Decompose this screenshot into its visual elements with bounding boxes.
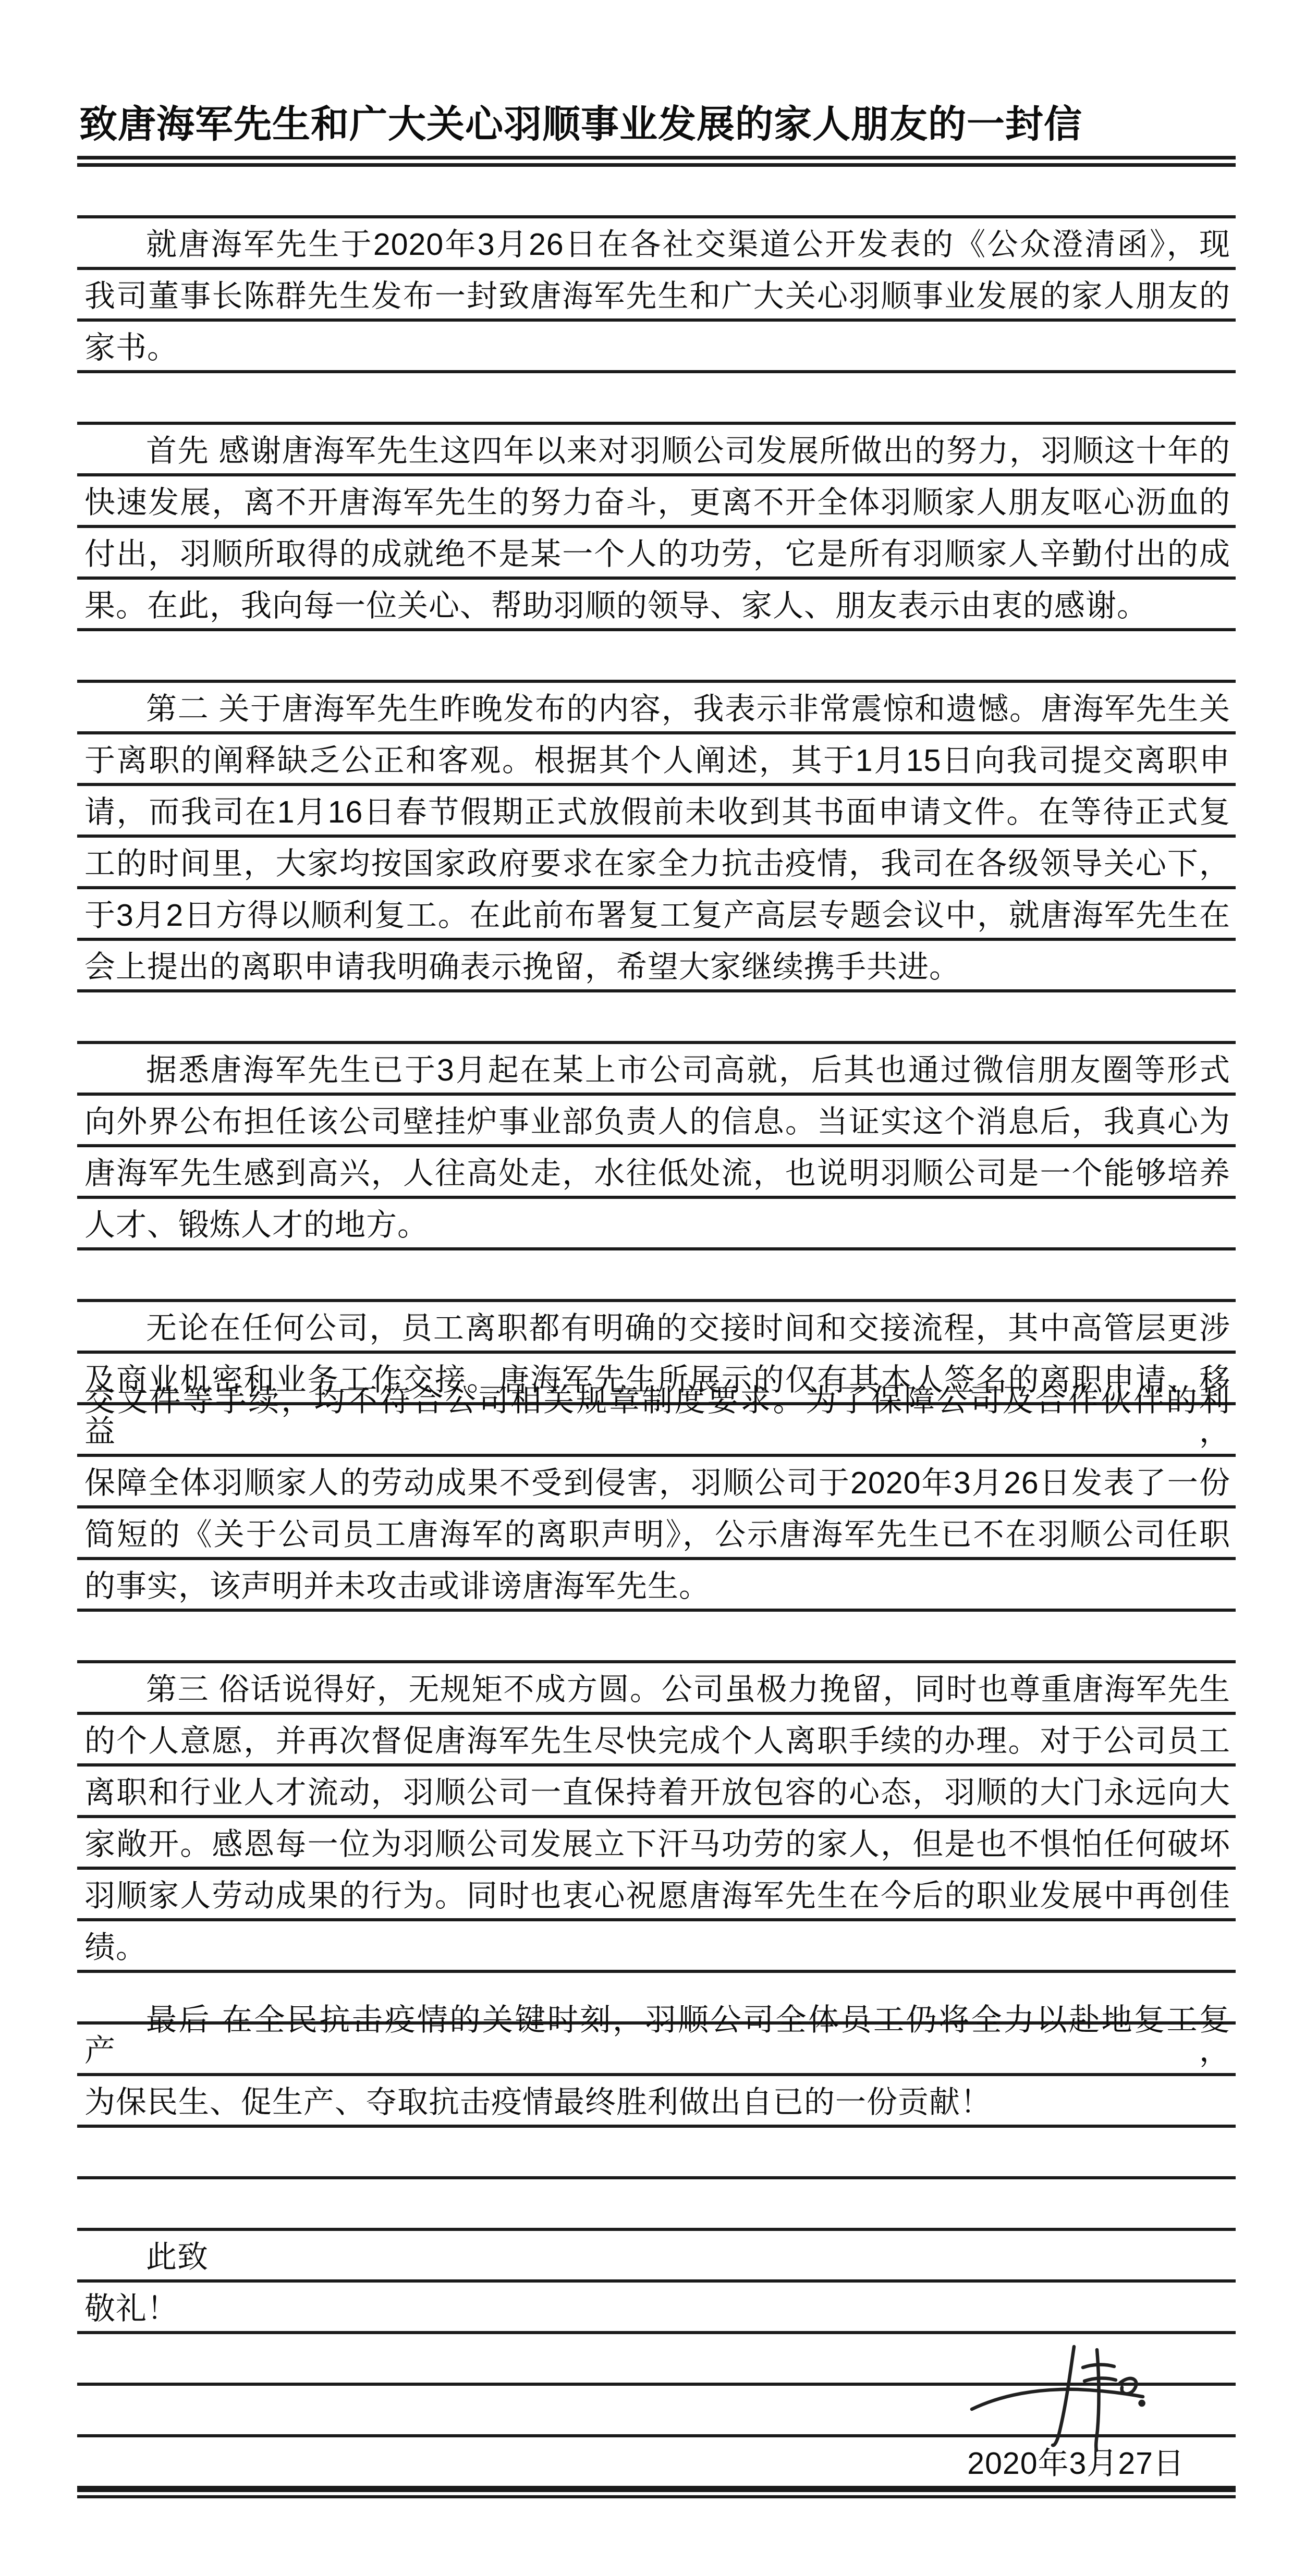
letter-line-text <box>77 2376 1236 2383</box>
letter-line: 首先 感谢唐海军先生这四年以来对羽顺公司发展所做出的努力，羽顺这十年的 <box>77 425 1236 476</box>
letter-line-text: 快速发展，离不开唐海军先生的努力奋斗，更离不开全体羽顺家人朋友呕心沥血的 <box>77 487 1236 525</box>
letter-line: 为保民生、促生产、夺取抗击疫情最终胜利做出自已的一份贡献！ <box>77 2076 1236 2128</box>
letter-line: 羽顺家人劳动成果的行为。同时也衷心祝愿唐海军先生在今后的职业发展中再创佳 <box>77 1870 1236 1921</box>
letter-line: 交文件等手续，均不符合公司相关规章制度要求。为了保障公司及合作伙伴的利益， <box>77 1405 1236 1457</box>
letter-line: 人才、锻炼人才的地方。 <box>77 1199 1236 1250</box>
letter-line: 第三 俗话说得好，无规矩不成方圆。公司虽极力挽留，同时也尊重唐海军先生 <box>77 1663 1236 1715</box>
letter-line: 果。在此，我向每一位关心、帮助羽顺的领导、家人、朋友表示由衷的感谢。 <box>77 580 1236 631</box>
letter-line: 于离职的阐释缺乏公正和客观。根据其个人阐述，其于1月15日向我司提交离职申 <box>77 734 1236 786</box>
letter-line-text <box>77 1653 1236 1660</box>
letter-line: 最后 在全民抗击疫情的关键时刻，羽顺公司全体员工仍将全力以赴地复工复产， <box>77 2025 1236 2076</box>
letter-line: 就唐海军先生于2020年3月26日在各社交渠道公开发表的《公众澄清函》，现 <box>77 218 1236 270</box>
ruled-blank-line <box>77 1612 1236 1663</box>
letter-line-text: 最后 在全民抗击疫情的关键时刻，羽顺公司全体员工仍将全力以赴地复工复产， <box>77 2005 1236 2073</box>
letter-line: 我司董事长陈群先生发布一封致唐海军先生和广大关心羽顺事业发展的家人朋友的 <box>77 270 1236 322</box>
letter-line-text: 保障全体羽顺家人的劳动成果不受到侵害，羽顺公司于2020年3月26日发表了一份 <box>77 1468 1236 1505</box>
letter-line-text: 付出，羽顺所取得的成就绝不是某一个人的功劳，它是所有羽顺家人辛勤付出的成 <box>77 539 1236 576</box>
letter-line-text: 家敞开。感恩每一位为羽顺公司发展立下汗马功劳的家人，但是也不惧怕任何破坏 <box>77 1829 1236 1867</box>
letter-line-text: 唐海军先生感到高兴，人往高处走，水往低处流，也说明羽顺公司是一个能够培养 <box>77 1158 1236 1196</box>
letter-body: 就唐海军先生于2020年3月26日在各社交渠道公开发表的《公众澄清函》，现我司董… <box>77 167 1236 2489</box>
letter-line-text: 我司董事长陈群先生发布一封致唐海军先生和广大关心羽顺事业发展的家人朋友的 <box>77 281 1236 318</box>
letter-line-text <box>77 1034 1236 1041</box>
letter-line: 2020年3月27日 <box>77 2437 1236 2489</box>
letter-line: 保障全体羽顺家人的劳动成果不受到侵害，羽顺公司于2020年3月26日发表了一份 <box>77 1457 1236 1508</box>
letter-line-text: 工的时间里，大家均按国家政府要求在家全力抗击疫情，我司在各级领导关心下， <box>77 849 1236 886</box>
letter-line-text: 于3月2日方得以顺利复工。在此前布署复工复产高层专题会议中，就唐海军先生在 <box>77 900 1236 938</box>
letter-line: 的事实，该声明并未攻击或诽谤唐海军先生。 <box>77 1560 1236 1612</box>
letter-line-text: 于离职的阐释缺乏公正和客观。根据其个人阐述，其于1月15日向我司提交离职申 <box>77 745 1236 783</box>
ruled-blank-line <box>77 2179 1236 2231</box>
letter-line: 于3月2日方得以顺利复工。在此前布署复工复产高层专题会议中，就唐海军先生在 <box>77 889 1236 941</box>
letter-line-text: 为保民生、促生产、夺取抗击疫情最终胜利做出自已的一份贡献！ <box>77 2087 1236 2125</box>
letter-line-text: 绩。 <box>77 1932 1236 1970</box>
ruled-blank-line <box>77 373 1236 425</box>
letter-line: 无论在任何公司，员工离职都有明确的交接时间和交接流程，其中高管层更涉 <box>77 1302 1236 1354</box>
letter-line-text: 人才、锻炼人才的地方。 <box>77 1210 1236 1247</box>
letter-line: 绩。 <box>77 1921 1236 1973</box>
letter-line: 家书。 <box>77 322 1236 373</box>
letter-line-text: 离职和行业人才流动，羽顺公司一直保持着开放包容的心态，羽顺的大门永远向大 <box>77 1777 1236 1815</box>
letter-line-text: 敬礼！ <box>77 2293 1236 2331</box>
letter-line-text <box>77 2221 1236 2228</box>
letter-line: 家敞开。感恩每一位为羽顺公司发展立下汗马功劳的家人，但是也不惧怕任何破坏 <box>77 1818 1236 1870</box>
letter-line-text: 羽顺家人劳动成果的行为。同时也衷心祝愿唐海军先生在今后的职业发展中再创佳 <box>77 1881 1236 1918</box>
letter-line: 唐海军先生感到高兴，人往高处走，水往低处流，也说明羽顺公司是一个能够培养 <box>77 1147 1236 1199</box>
letter-line-text <box>77 1292 1236 1299</box>
letter-line: 请，而我司在1月16日春节假期正式放假前未收到其书面申请文件。在等待正式复 <box>77 786 1236 838</box>
letter-line-text: 据悉唐海军先生已于3月起在某上市公司高就，后其也通过微信朋友圈等形式 <box>77 1055 1236 1093</box>
letter-line: 离职和行业人才流动，羽顺公司一直保持着开放包容的心态，羽顺的大门永远向大 <box>77 1767 1236 1818</box>
letter-line-text <box>77 415 1236 422</box>
letter-title: 致唐海军先生和广大关心羽顺事业发展的家人朋友的一封信 <box>79 104 1236 145</box>
letter-line-text <box>77 673 1236 680</box>
letter-content: 致唐海军先生和广大关心羽顺事业发展的家人朋友的一封信 就唐海军先生于2020年3… <box>77 0 1236 2498</box>
ruled-blank-line <box>77 2334 1236 2386</box>
letter-page: 致唐海军先生和广大关心羽顺事业发展的家人朋友的一封信 就唐海军先生于2020年3… <box>0 0 1293 2576</box>
letter-line: 向外界公布担任该公司壁挂炉事业部负责人的信息。当证实这个消息后，我真心为 <box>77 1096 1236 1147</box>
ruled-blank-line <box>77 631 1236 683</box>
letter-line-text: 就唐海军先生于2020年3月26日在各社交渠道公开发表的《公众澄清函》，现 <box>77 229 1236 267</box>
letter-line: 工的时间里，大家均按国家政府要求在家全力抗击疫情，我司在各级领导关心下， <box>77 838 1236 889</box>
title-divider <box>77 156 1236 167</box>
letter-line: 付出，羽顺所取得的成就绝不是某一个人的功劳，它是所有羽顺家人辛勤付出的成 <box>77 528 1236 580</box>
letter-line-text: 会上提出的离职申请我明确表示挽留，希望大家继续携手共进。 <box>77 952 1236 989</box>
letter-line-text: 第二 关于唐海军先生昨晚发布的内容，我表示非常震惊和遗憾。唐海军先生关 <box>77 694 1236 731</box>
letter-line-text: 的个人意愿，并再次督促唐海军先生尽快完成个人离职手续的办理。对于公司员工 <box>77 1726 1236 1763</box>
letter-line-text <box>77 2169 1236 2176</box>
letter-line-text: 家书。 <box>77 333 1236 370</box>
bottom-divider <box>77 2489 1236 2498</box>
letter-line: 简短的《关于公司员工唐海军的离职声明》，公示唐海军先生已不在羽顺公司任职 <box>77 1508 1236 1560</box>
letter-line-text: 请，而我司在1月16日春节假期正式放假前未收到其书面申请文件。在等待正式复 <box>77 797 1236 835</box>
ruled-blank-line <box>77 992 1236 1044</box>
letter-line-text: 无论在任何公司，员工离职都有明确的交接时间和交接流程，其中高管层更涉 <box>77 1313 1236 1351</box>
letter-line-text: 交文件等手续，均不符合公司相关规章制度要求。为了保障公司及合作伙伴的利益， <box>77 1385 1236 1454</box>
letter-line-text: 2020年3月27日 <box>77 2448 1236 2486</box>
letter-line: 快速发展，离不开唐海军先生的努力奋斗，更离不开全体羽顺家人朋友呕心沥血的 <box>77 476 1236 528</box>
letter-line-text: 果。在此，我向每一位关心、帮助羽顺的领导、家人、朋友表示由衷的感谢。 <box>77 591 1236 628</box>
letter-line-text: 的事实，该声明并未攻击或诽谤唐海军先生。 <box>77 1571 1236 1609</box>
letter-line-text: 首先 感谢唐海军先生这四年以来对羽顺公司发展所做出的努力，羽顺这十年的 <box>77 436 1236 473</box>
letter-line: 敬礼！ <box>77 2283 1236 2334</box>
letter-line: 第二 关于唐海军先生昨晚发布的内容，我表示非常震惊和遗憾。唐海军先生关 <box>77 683 1236 734</box>
letter-line-text: 简短的《关于公司员工唐海军的离职声明》，公示唐海军先生已不在羽顺公司任职 <box>77 1519 1236 1557</box>
letter-line: 此致 <box>77 2231 1236 2283</box>
letter-line-text: 第三 俗话说得好，无规矩不成方圆。公司虽极力挽留，同时也尊重唐海军先生 <box>77 1674 1236 1712</box>
letter-line-text: 向外界公布担任该公司壁挂炉事业部负责人的信息。当证实这个消息后，我真心为 <box>77 1107 1236 1144</box>
letter-line: 据悉唐海军先生已于3月起在某上市公司高就，后其也通过微信朋友圈等形式 <box>77 1044 1236 1096</box>
ruled-blank-line <box>77 2386 1236 2437</box>
letter-line-text <box>77 2427 1236 2434</box>
letter-line-text: 此致 <box>77 2242 1236 2279</box>
letter-line: 的个人意愿，并再次督促唐海军先生尽快完成个人离职手续的办理。对于公司员工 <box>77 1715 1236 1767</box>
ruled-blank-line <box>77 2128 1236 2179</box>
ruled-blank-line <box>77 167 1236 218</box>
letter-line: 会上提出的离职申请我明确表示挽留，希望大家继续携手共进。 <box>77 941 1236 992</box>
letter-line-text <box>77 208 1236 215</box>
ruled-blank-line <box>77 1250 1236 1302</box>
